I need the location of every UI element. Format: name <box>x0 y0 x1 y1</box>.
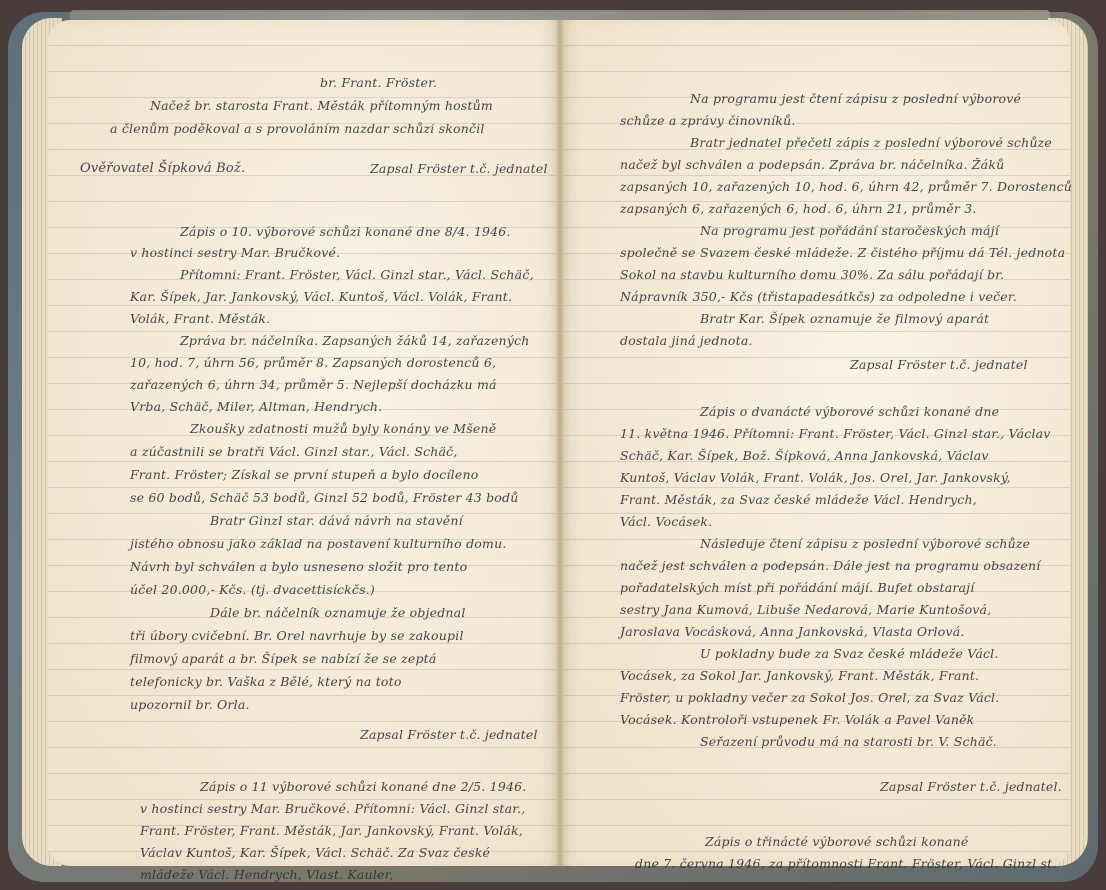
handwritten-line: Václ. Vocásek. <box>620 509 712 535</box>
book-gutter <box>556 20 564 866</box>
handwritten-line: dne 7. června 1946, za přítomnosti Frant… <box>635 851 1057 877</box>
handwritten-line: a členům poděkoval a s provoláním nazdar… <box>110 116 485 142</box>
handwritten-line: Zapsal Fröster t.č. jednatel <box>360 722 538 748</box>
handwritten-line: dostala jiná jednota. <box>620 328 753 354</box>
margin-note-verifier: Ověřovatel Šípková Bož. <box>80 156 245 182</box>
handwritten-line: Zapsal Fröster t.č. jednatel <box>370 156 548 182</box>
handwritten-line: Seřazení průvodu má na starosti br. V. S… <box>700 729 997 755</box>
handwritten-line: Zapsal Fröster t.č. jednatel <box>850 352 1028 378</box>
handwritten-line: upozornil br. Orla. <box>130 692 250 718</box>
handwritten-line: mládeže Václ. Hendrych, Vlast. Kauler, <box>140 862 394 888</box>
handwritten-line: Zapsal Fröster t.č. jednatel. <box>880 774 1062 800</box>
